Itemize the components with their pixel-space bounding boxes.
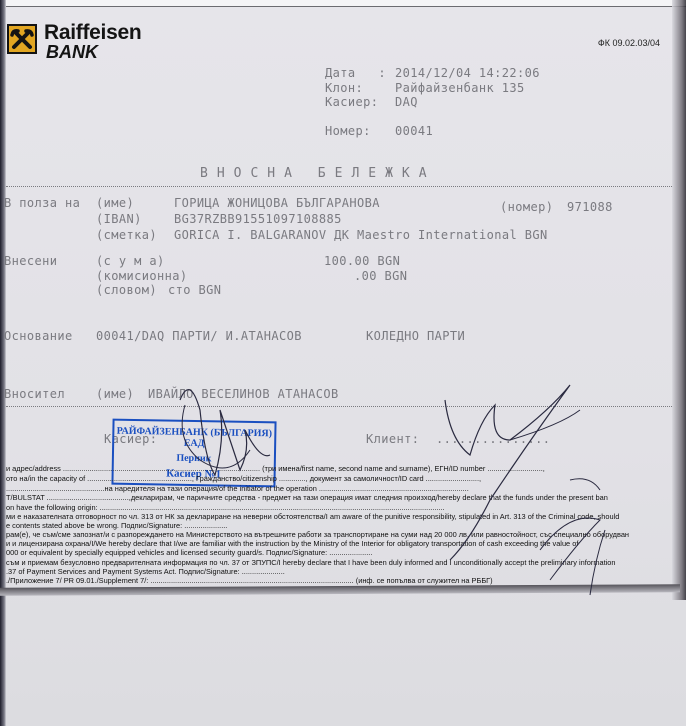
fine-print-line: и и лицензирана охрана/I/We hereby decla… <box>6 539 578 548</box>
scan-right-edge <box>672 0 686 600</box>
beneficiary-label: В полза на <box>4 196 80 210</box>
sum-value: 100.00 BGN <box>324 254 400 268</box>
fine-print-line: ми е наказателната отговорност по чл. 31… <box>6 512 619 521</box>
branch-label: Клон: <box>325 81 363 95</box>
depositor-label: Вносител <box>4 387 65 401</box>
scan-fold-edge <box>0 584 680 596</box>
number-label: Номер: <box>325 124 371 138</box>
basis-value: 00041/DAQ ПАРТИ/ И.АТАНАСОВ <box>96 329 302 343</box>
form-code: ФК 09.02.03/04 <box>598 38 660 48</box>
fine-print-line: 000 or equivalent by specially equipped … <box>6 548 372 557</box>
basis-note: КОЛЕДНО ПАРТИ <box>366 329 465 343</box>
fee-label: (комисионна) <box>96 269 188 283</box>
brand-subtitle: BANK <box>46 42 98 63</box>
iban-value: BG37RZBB91551097108885 <box>174 212 342 226</box>
fine-print-line: T/BULSTAT ..............................… <box>6 493 608 502</box>
number-value: 00041 <box>395 124 433 138</box>
scanned-deposit-slip: Raiffeisen BANK ФК 09.02.03/04 Дата : 20… <box>0 0 686 726</box>
fine-print-line: e contents stated above be wrong. Подпис… <box>6 521 227 530</box>
date-value: 2014/12/04 14:22:06 <box>395 66 540 80</box>
iban-label: (IBAN) <box>96 212 142 226</box>
beneficiary-number-label: (номер) <box>500 200 553 214</box>
deposit-label: Внесени <box>4 254 57 268</box>
basis-label: Основание <box>4 329 73 343</box>
client-signature-label: Клиент: <box>366 432 419 446</box>
scan-top-edge <box>0 0 686 7</box>
fine-print-line: ото на/in the capacity of ..............… <box>6 474 481 483</box>
client-signature-line: ............... <box>436 432 550 446</box>
stamp-line-1: РАЙФАЙЗЕНБАНК (БЪЛГАРИЯ) ЕАД <box>114 426 274 451</box>
branch-value: Райфайзенбанк 135 <box>395 81 525 95</box>
beneficiary-name-label: (име) <box>96 196 134 210</box>
fee-value: .00 BGN <box>354 269 407 283</box>
cashier-value: DAQ <box>395 95 418 109</box>
raiffeisen-logo-icon <box>7 24 37 54</box>
scan-left-edge <box>0 0 6 726</box>
account-value: GORICA I. BALGARANOV ДК Maestro Internat… <box>174 228 548 242</box>
fine-print-line: ./Приложение 7/ PR 09.01./Supplement 7/:… <box>6 576 493 585</box>
beneficiary-number: 971088 <box>567 200 613 214</box>
fine-print-line: on have the following origin: ..........… <box>6 503 445 512</box>
fine-print-line: рам(е), че съм/сме запознат/и с разпореж… <box>6 530 629 539</box>
date-label: Дата : <box>325 66 386 80</box>
divider <box>6 186 672 187</box>
document-title: ВНОСНА БЕЛЕЖКА <box>200 166 436 181</box>
fine-print-line: и адрес/address ........................… <box>6 464 545 473</box>
fine-print-line: ........................................… <box>6 484 469 493</box>
depositor-name-label: (име) <box>96 387 134 401</box>
depositor-name: ИВАЙЛО ВЕСЕЛИНОВ АТАНАСОВ <box>148 387 339 401</box>
words-label: (словом) <box>96 283 157 297</box>
fine-print-line: .37 of Payment Services and Payment Syst… <box>6 567 285 576</box>
divider <box>6 406 672 407</box>
account-label: (сметка) <box>96 228 157 242</box>
words-value: сто BGN <box>168 283 221 297</box>
fine-print-line: съм и приемам безусловно предварителната… <box>6 558 616 567</box>
cashier-label: Касиер: <box>325 95 378 109</box>
beneficiary-name: ГОРИЦА ЖОНИЦОВА БЪЛГАРАНОВА <box>174 196 380 210</box>
sum-label: (с у м а) <box>96 254 165 268</box>
